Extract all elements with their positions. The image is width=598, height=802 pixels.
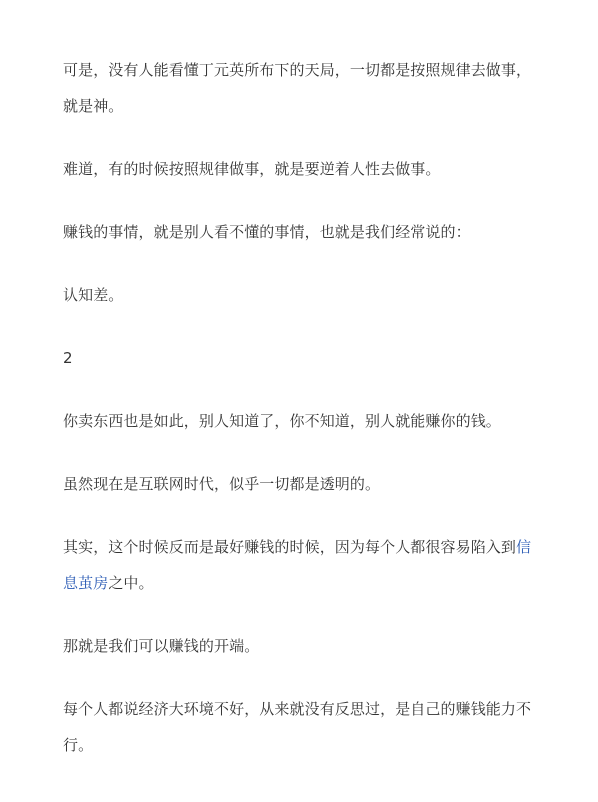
paragraph: 你卖东西也是如此，别人知道了，你不知道，别人就能赚你的钱。 <box>63 403 535 439</box>
paragraph: 每个人都说经济大环境不好，从来就没有反思过，是自己的赚钱能力不行。 <box>63 691 535 763</box>
paragraph: 可是，没有人能看懂丁元英所布下的天局，一切都是按照规律去做事，就是神。 <box>63 52 535 124</box>
paragraph: 难道，有的时候按照规律做事，就是要逆着人性去做事。 <box>63 151 535 187</box>
paragraph: 那就是我们可以赚钱的开端。 <box>63 628 535 664</box>
paragraph: 虽然现在是互联网时代，似乎一切都是透明的。 <box>63 466 535 502</box>
paragraph: 其实，这个时候反而是最好赚钱的时候，因为每个人都很容易陷入到信息茧房之中。 <box>63 529 535 601</box>
paragraph-text: 其实，这个时候反而是最好赚钱的时候，因为每个人都很容易陷入到 <box>63 538 516 556</box>
section-number: 2 <box>63 340 535 376</box>
paragraph: 赚钱的事情，就是别人看不懂的事情，也就是我们经常说的： <box>63 214 535 250</box>
article-page: 可是，没有人能看懂丁元英所布下的天局，一切都是按照规律去做事，就是神。 难道，有… <box>0 0 598 802</box>
paragraph-text: 之中。 <box>108 574 153 592</box>
article-body: 可是，没有人能看懂丁元英所布下的天局，一切都是按照规律去做事，就是神。 难道，有… <box>63 0 535 763</box>
paragraph: 认知差。 <box>63 277 535 313</box>
